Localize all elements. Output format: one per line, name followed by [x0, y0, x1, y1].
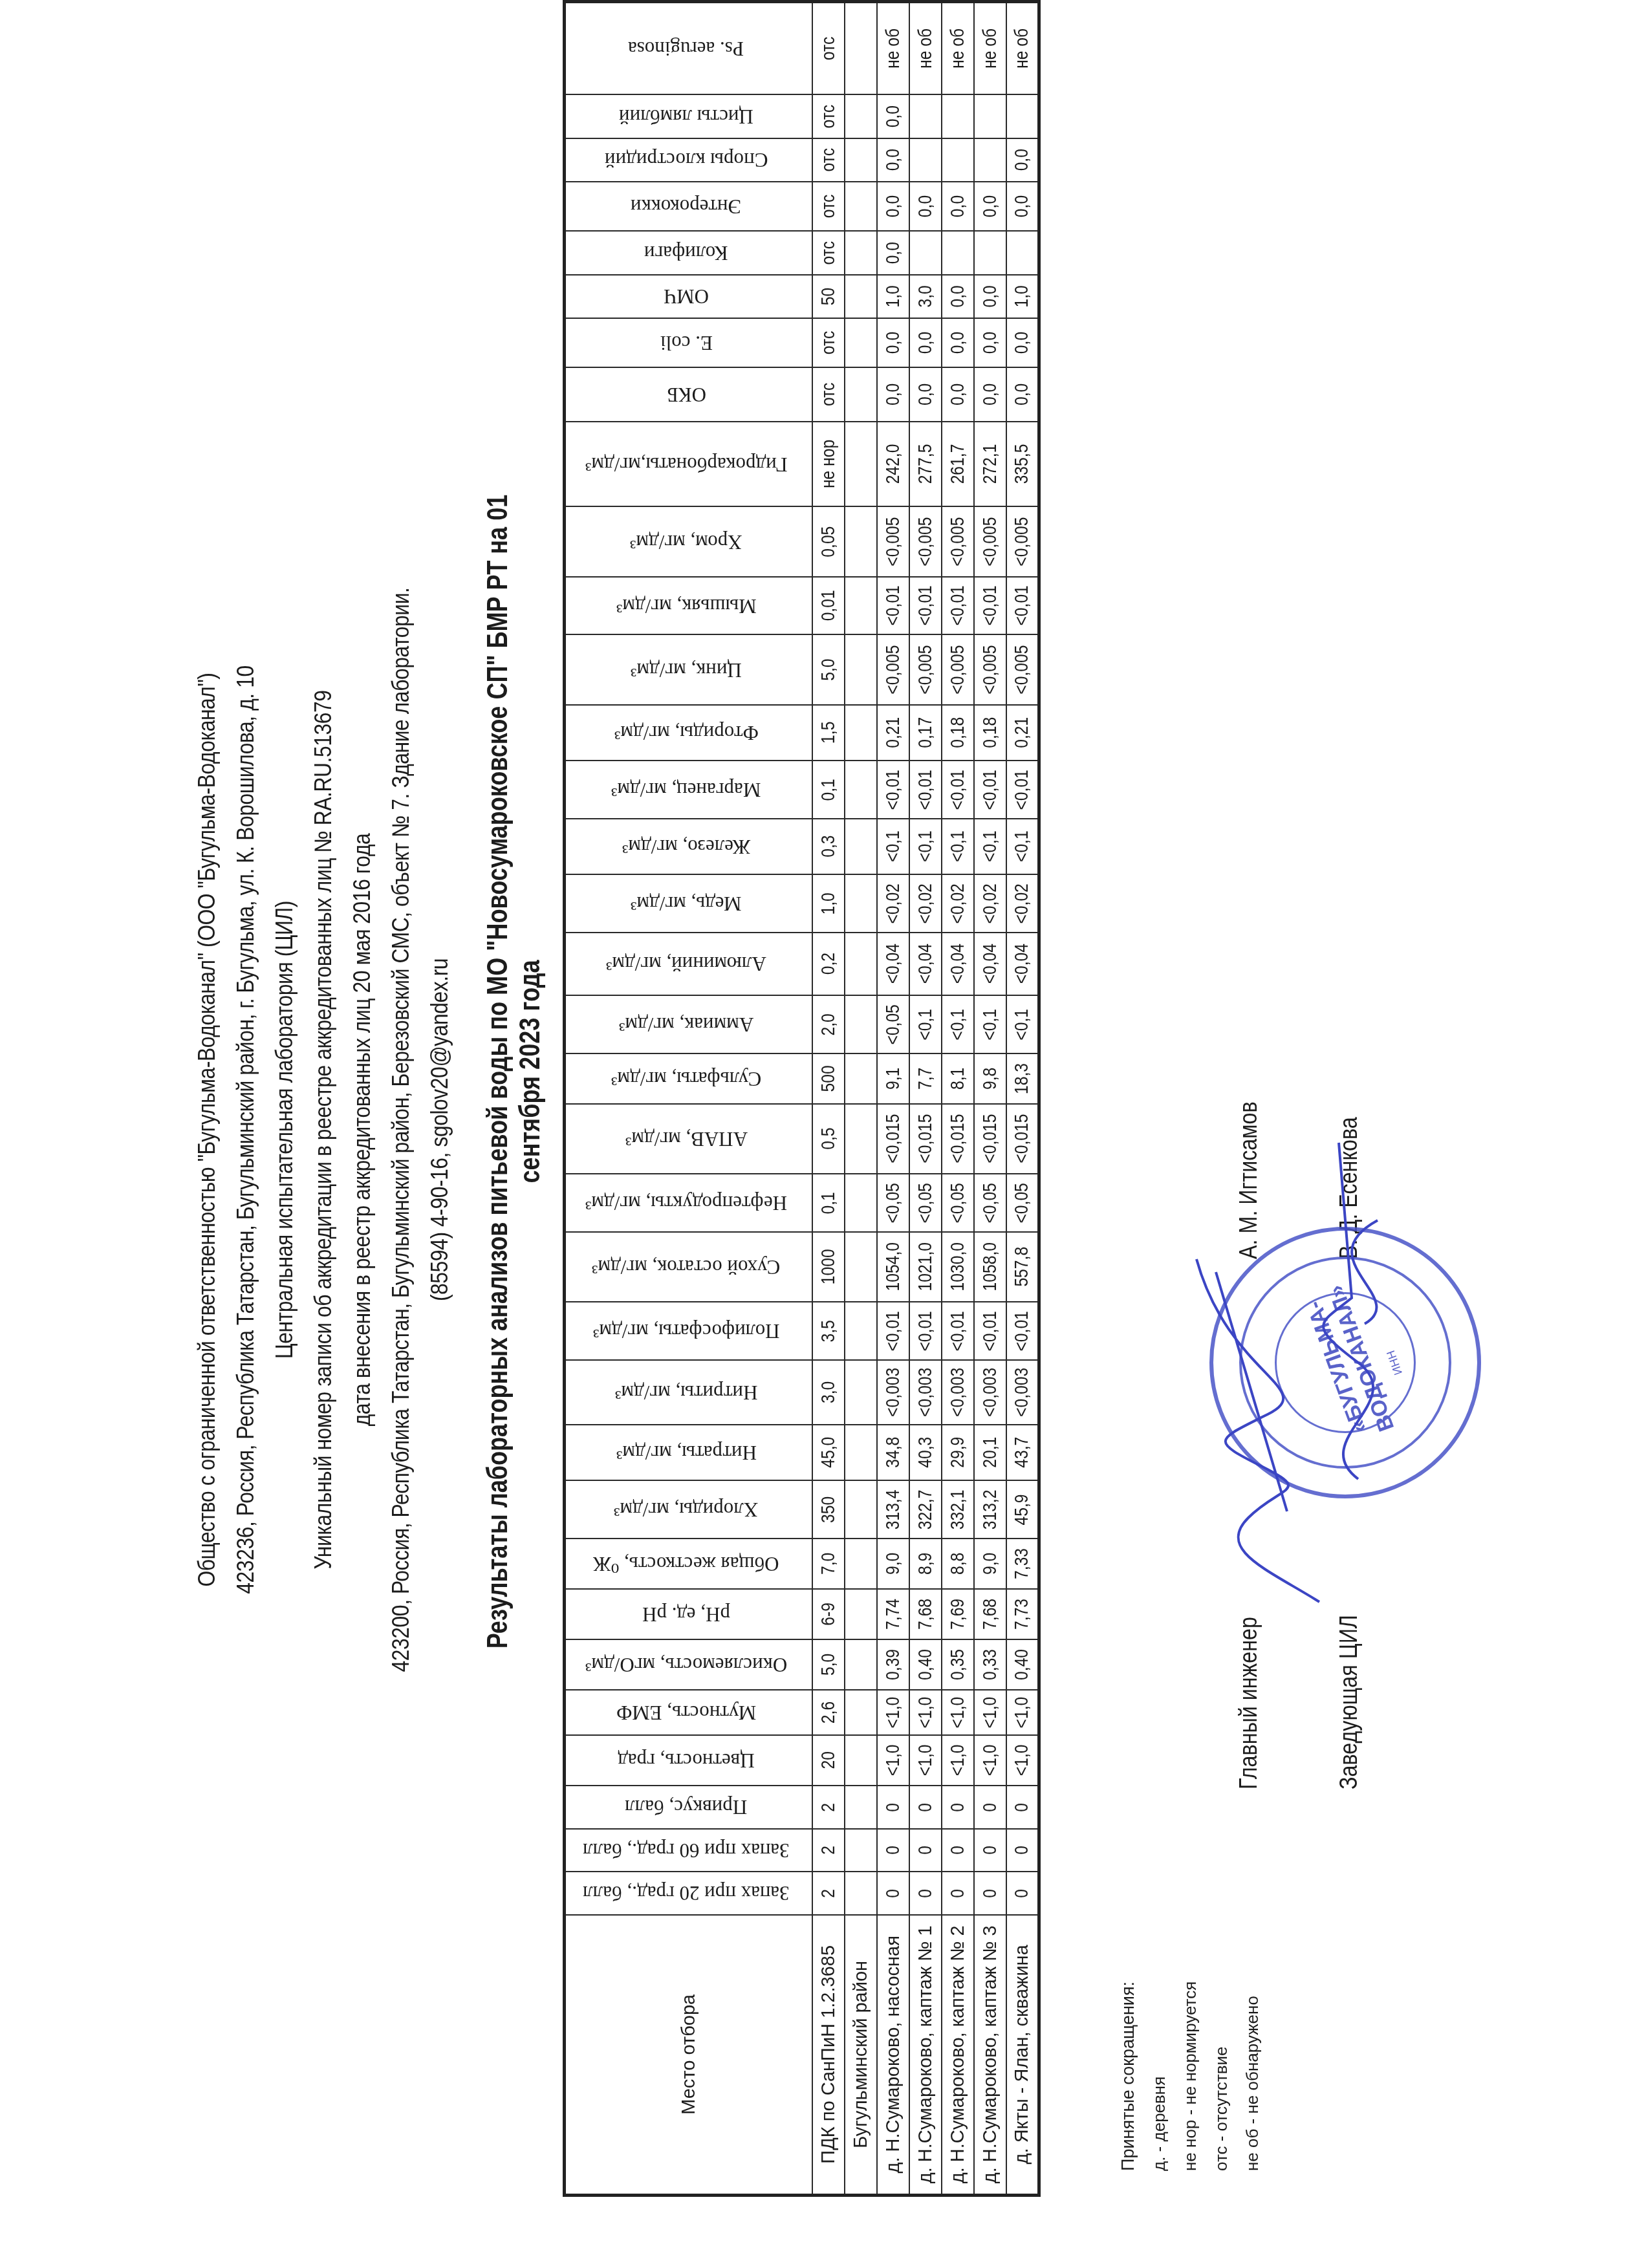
parameter-header-label: Алюминий, мг/дм³ — [606, 952, 766, 975]
value-cell: <0,1 — [909, 1000, 942, 1049]
value-cell: <0,003 — [877, 1365, 909, 1420]
parameter-header-label: Цисты лямблий — [619, 105, 753, 128]
table-row: д. Якты - Ялан, скважина000<1,0<1,00,407… — [1006, 2, 1039, 2196]
table-row: д. Н.Сумароково, каптаж № 2000<1,0<1,00,… — [942, 2, 974, 2196]
signature-role-lab-head: Заведующая ЦИЛ — [1336, 1615, 1363, 1789]
value-cell — [909, 142, 942, 178]
value-cell: 8,1 — [942, 1057, 974, 1099]
value-cell: <0,01 — [877, 1306, 909, 1355]
results-table: Место отбора Запах при 20 град., баллЗап… — [563, 0, 1041, 2197]
value-cell: <1,0 — [1006, 1693, 1039, 1731]
parameter-column-header: Запах при 20 град., балл — [565, 1872, 813, 1914]
value-cell: 272,1 — [974, 428, 1006, 500]
parameter-header-label: АПАВ, мг/дм³ — [625, 1127, 748, 1150]
value-cell: 2 — [812, 1832, 845, 1868]
place-column-header: Место отбора — [565, 1915, 813, 2196]
parameter-header-label: Полифосфаты, мг/дм³ — [593, 1319, 780, 1343]
value-cell — [845, 1000, 877, 1049]
parameter-header-label: Ps. aeruginosa — [628, 37, 744, 60]
value-cell: 1,0 — [1006, 278, 1039, 315]
value-cell: <0,04 — [877, 937, 909, 991]
sampling-place-cell: д. Якты - Ялан, скважина — [1006, 1915, 1039, 2196]
value-cell — [845, 640, 877, 699]
value-cell: <0,05 — [1006, 1178, 1039, 1227]
parameter-column-header: Цветность, град — [565, 1735, 813, 1786]
sampling-place-cell: д. Н.Сумароково, насосная — [877, 1915, 909, 2196]
value-cell: 1021,0 — [909, 1237, 942, 1297]
value-cell: 0,0 — [877, 186, 909, 228]
parameter-column-header: Нитраты, мг/дм³ — [565, 1425, 813, 1481]
parameter-header-label: Цветность, град — [618, 1749, 755, 1772]
value-cell: <0,005 — [877, 640, 909, 699]
value-cell: 0 — [974, 1789, 1006, 1825]
value-cell: не об — [942, 8, 974, 87]
value-cell: 0 — [942, 1832, 974, 1868]
value-cell — [845, 186, 877, 228]
sampling-place-cell: Бугульминский район — [845, 1915, 877, 2196]
value-cell: <0,04 — [909, 937, 942, 991]
value-cell — [845, 937, 877, 991]
sampling-place-cell: ПДК по СанПиН 1.2.3685 — [812, 1915, 845, 2196]
parameter-header-label: E. coli — [660, 331, 713, 354]
value-cell: 45,9 — [1006, 1485, 1039, 1534]
parameter-column-header: Цинк, мг/дм³ — [565, 634, 813, 705]
value-cell: 0,1 — [812, 765, 845, 814]
value-cell: 0,21 — [877, 709, 909, 757]
norm-row: ПДК по СанПиН 1.2.3685222202,65,06-97,03… — [812, 2, 845, 2196]
value-cell: <0,003 — [974, 1365, 1006, 1420]
value-cell: <0,01 — [909, 1306, 942, 1355]
value-cell: <1,0 — [974, 1693, 1006, 1731]
sampling-place-cell: д. Н.Сумароково, каптаж № 3 — [974, 1915, 1006, 2196]
value-cell: 0,0 — [909, 371, 942, 418]
value-cell: 50 — [812, 278, 845, 315]
value-cell — [845, 1109, 877, 1169]
value-cell: 7,0 — [812, 1542, 845, 1584]
parameter-column-header: Аммиак, мг/дм³ — [565, 995, 813, 1053]
value-cell: 1,0 — [877, 278, 909, 315]
parameter-column-header: Хром, мг/дм³ — [565, 506, 813, 577]
value-cell: 40,3 — [909, 1429, 942, 1476]
value-cell: <0,005 — [942, 640, 974, 699]
parameter-column-header: Мутность, ЕМФ — [565, 1690, 813, 1735]
parameter-column-header: Гидрокарбонаты,мг/дм³ — [565, 422, 813, 506]
note-item: не нор - не нормируется — [1175, 1982, 1206, 2171]
parameter-column-header: Нефтепродукты, мг/дм³ — [565, 1174, 813, 1231]
value-cell: 0,0 — [1006, 142, 1039, 178]
value-cell — [845, 322, 877, 364]
document-sheet: Общество с ограниченной ответственностью… — [0, 0, 1635, 2268]
value-cell: 7,73 — [1006, 1593, 1039, 1636]
organization-header: Общество с ограниченной ответственностью… — [188, 483, 459, 1777]
value-cell: <0,01 — [974, 1306, 1006, 1355]
parameter-header-label: Мышьяк, мг/дм³ — [616, 594, 757, 618]
parameter-header-label: Хром, мг/дм³ — [630, 530, 742, 554]
value-cell: <0,1 — [909, 823, 942, 870]
value-cell: 322,7 — [909, 1485, 942, 1534]
value-cell — [845, 1057, 877, 1099]
value-cell: 9,1 — [877, 1057, 909, 1099]
value-cell: <0,02 — [942, 879, 974, 928]
header-line-accreditation: Уникальный номер записи об аккредитации … — [304, 574, 343, 1686]
value-cell: 8,8 — [942, 1542, 974, 1584]
parameter-header-label: ОКБ — [667, 383, 706, 406]
parameter-header-label: Фториды, мг/дм³ — [614, 721, 759, 744]
value-cell: 9,8 — [974, 1057, 1006, 1099]
value-cell: <0,015 — [1006, 1109, 1039, 1169]
parameter-header-label: Запах при 20 град., балл — [583, 1881, 789, 1905]
value-cell: 0 — [1006, 1832, 1039, 1868]
sampling-place-cell: д. Н.Сумароково, каптаж № 1 — [909, 1915, 942, 2196]
value-cell — [1006, 98, 1039, 135]
parameter-header-label: Цинк, мг/дм³ — [631, 658, 742, 682]
value-cell: <1,0 — [974, 1739, 1006, 1782]
value-cell: 9,0 — [877, 1542, 909, 1584]
value-cell — [909, 234, 942, 271]
parameter-column-header: Запах при 60 град., балл — [565, 1829, 813, 1872]
value-cell: <0,01 — [942, 765, 974, 814]
value-cell: 332,1 — [942, 1485, 974, 1534]
value-cell — [845, 512, 877, 571]
value-cell: 557,8 — [1006, 1237, 1039, 1297]
value-cell: <0,003 — [942, 1365, 974, 1420]
value-cell: отс — [812, 186, 845, 228]
value-cell: не об — [877, 8, 909, 87]
value-cell: 0,0 — [974, 278, 1006, 315]
value-cell: <1,0 — [909, 1693, 942, 1731]
value-cell: <0,1 — [942, 823, 974, 870]
parameter-column-header: Сухой остаток, мг/дм³ — [565, 1232, 813, 1302]
value-cell: 0,01 — [812, 581, 845, 631]
parameter-column-header: Цисты лямблий — [565, 94, 813, 138]
value-cell: 0 — [942, 1875, 974, 1911]
value-cell: <0,01 — [909, 765, 942, 814]
value-cell: <0,01 — [974, 581, 1006, 631]
header-line-contacts: (85594) 4-90-16, sgolov20@yandex.ru — [420, 574, 459, 1686]
value-cell: 0,3 — [812, 823, 845, 870]
value-cell: <1,0 — [909, 1739, 942, 1782]
parameter-header-label: pH, ед. pH — [642, 1603, 730, 1626]
value-cell — [845, 8, 877, 87]
value-cell: 0,0 — [942, 278, 974, 315]
parameter-header-label: Нефтепродукты, мг/дм³ — [585, 1191, 787, 1215]
value-cell: 0,39 — [877, 1643, 909, 1686]
value-cell: 0,0 — [974, 371, 1006, 418]
value-cell: 0,0 — [1006, 322, 1039, 364]
value-cell: <0,01 — [1006, 581, 1039, 631]
value-cell: не об — [909, 8, 942, 87]
value-cell: 0 — [909, 1832, 942, 1868]
value-cell: <0,05 — [942, 1178, 974, 1227]
value-cell: <0,005 — [909, 512, 942, 571]
value-cell: 0,0 — [1006, 186, 1039, 228]
value-cell — [845, 1739, 877, 1782]
notes-title: Принятые сокращения: — [1112, 1982, 1143, 2171]
parameter-column-header: Марганец, мг/дм³ — [565, 761, 813, 818]
parameter-header-label: Сухой остаток, мг/дм³ — [592, 1255, 780, 1279]
value-cell: 0,0 — [1006, 371, 1039, 418]
table-row: д. Н.Сумароково, насосная000<1,0<1,00,39… — [877, 2, 909, 2196]
value-cell: 3,5 — [812, 1306, 845, 1355]
value-cell — [845, 823, 877, 870]
value-cell: 29,9 — [942, 1429, 974, 1476]
value-cell: <0,02 — [877, 879, 909, 928]
header-line-lab-address: 423200, Россия, Республика Татарстан, Бу… — [382, 574, 420, 1686]
parameter-header-label: Хлориды, мг/дм³ — [614, 1498, 758, 1521]
parameter-column-header: Алюминий, мг/дм³ — [565, 933, 813, 996]
value-cell — [845, 1429, 877, 1476]
value-cell — [845, 428, 877, 500]
value-cell: 34,8 — [877, 1429, 909, 1476]
value-cell: 2 — [812, 1875, 845, 1911]
value-cell: 5,0 — [812, 640, 845, 699]
value-cell: <0,015 — [974, 1109, 1006, 1169]
value-cell: 0,0 — [942, 371, 974, 418]
value-cell: <1,0 — [1006, 1739, 1039, 1782]
value-cell: 3,0 — [812, 1365, 845, 1420]
parameter-column-header: Полифосфаты, мг/дм³ — [565, 1302, 813, 1359]
value-cell — [974, 142, 1006, 178]
value-cell: 313,2 — [974, 1485, 1006, 1534]
value-cell: 0 — [909, 1789, 942, 1825]
value-cell — [845, 142, 877, 178]
value-cell: <0,015 — [877, 1109, 909, 1169]
table-header-row: Место отбора Запах при 20 град., баллЗап… — [565, 2, 813, 2196]
parameter-header-label: Окисляемость, мгО/дм³ — [585, 1653, 787, 1676]
value-cell: 242,0 — [877, 428, 909, 500]
value-cell: <0,01 — [909, 581, 942, 631]
value-cell — [845, 1237, 877, 1297]
value-cell: 500 — [812, 1057, 845, 1099]
value-cell: <0,003 — [1006, 1365, 1039, 1420]
parameter-column-header: Фториды, мг/дм³ — [565, 705, 813, 761]
value-cell: 0,17 — [909, 709, 942, 757]
value-cell — [845, 1593, 877, 1636]
value-cell: <0,1 — [877, 823, 909, 870]
parameter-column-header: Железо, мг/дм³ — [565, 819, 813, 875]
value-cell: 18,3 — [1006, 1057, 1039, 1099]
value-cell — [845, 371, 877, 418]
value-cell: не об — [974, 8, 1006, 87]
value-cell: 0,40 — [909, 1643, 942, 1686]
value-cell: 1,0 — [812, 879, 845, 928]
table-row: д. Н.Сумароково, каптаж № 3000<1,0<1,00,… — [974, 2, 1006, 2196]
value-cell: 7,7 — [909, 1057, 942, 1099]
parameter-header-label: Колифаги — [644, 241, 728, 265]
parameter-header-label: Энтерококки — [631, 195, 741, 218]
value-cell: 0,0 — [974, 322, 1006, 364]
value-cell — [942, 142, 974, 178]
value-cell — [845, 278, 877, 315]
parameter-column-header: Общая жесткость, ⁰Ж — [565, 1539, 813, 1589]
signature-scribble-lab-head — [1281, 1130, 1423, 1492]
value-cell — [909, 98, 942, 135]
value-cell: 0,0 — [909, 322, 942, 364]
value-cell: <0,1 — [1006, 823, 1039, 870]
value-cell: <0,05 — [877, 1000, 909, 1049]
parameter-column-header: Нитриты, мг/дм³ — [565, 1360, 813, 1425]
value-cell: 350 — [812, 1485, 845, 1534]
value-cell: <0,1 — [974, 823, 1006, 870]
value-cell: 313,4 — [877, 1485, 909, 1534]
parameter-header-label: Медь, мг/дм³ — [631, 892, 742, 915]
parameter-header-label: Нитраты, мг/дм³ — [616, 1441, 757, 1464]
value-cell: 7,68 — [974, 1593, 1006, 1636]
parameter-column-header: Сульфаты, мг/дм³ — [565, 1053, 813, 1104]
report-title: Результаты лабораторных анализов питьево… — [482, 493, 547, 1650]
value-cell: 0,1 — [812, 1178, 845, 1227]
value-cell: 1054,0 — [877, 1237, 909, 1297]
parameter-header-label: Гидрокарбонаты,мг/дм³ — [585, 453, 788, 476]
value-cell: 0,40 — [1006, 1643, 1039, 1686]
value-cell: <0,02 — [909, 879, 942, 928]
value-cell: 7,74 — [877, 1593, 909, 1636]
value-cell: <0,01 — [1006, 1306, 1039, 1355]
value-cell: 1030,0 — [942, 1237, 974, 1297]
parameter-column-header: Споры клостридий — [565, 138, 813, 182]
value-cell — [845, 1693, 877, 1731]
value-cell: 0,21 — [1006, 709, 1039, 757]
value-cell: <0,015 — [942, 1109, 974, 1169]
value-cell: <0,05 — [877, 1178, 909, 1227]
value-cell: <0,1 — [942, 1000, 974, 1049]
parameter-header-label: Нитриты, мг/дм³ — [615, 1381, 758, 1404]
value-cell: 20,1 — [974, 1429, 1006, 1476]
value-cell: 0,18 — [942, 709, 974, 757]
value-cell — [845, 879, 877, 928]
value-cell: 0,0 — [877, 322, 909, 364]
sampling-place-cell: д. Н.Сумароково, каптаж № 2 — [942, 1915, 974, 2196]
value-cell: 0 — [877, 1875, 909, 1911]
value-cell: 0 — [974, 1875, 1006, 1911]
value-cell — [845, 1306, 877, 1355]
value-cell: 9,0 — [974, 1542, 1006, 1584]
value-cell — [974, 234, 1006, 271]
value-cell: 0 — [877, 1832, 909, 1868]
value-cell: 0,0 — [877, 371, 909, 418]
value-cell: 1058,0 — [974, 1237, 1006, 1297]
value-cell: не нор — [812, 428, 845, 500]
header-line-org: Общество с ограниченной ответственностью… — [188, 574, 226, 1686]
parameter-column-header: Окисляемость, мгО/дм³ — [565, 1639, 813, 1690]
value-cell: отс — [812, 142, 845, 178]
value-cell: отс — [812, 322, 845, 364]
value-cell — [845, 1542, 877, 1584]
value-cell: <1,0 — [942, 1739, 974, 1782]
value-cell: 0,0 — [877, 142, 909, 178]
table-row: д. Н.Сумароково, каптаж № 1000<1,0<1,00,… — [909, 2, 942, 2196]
value-cell: <1,0 — [877, 1739, 909, 1782]
value-cell: 5,0 — [812, 1643, 845, 1686]
value-cell: <1,0 — [877, 1693, 909, 1731]
value-cell — [974, 98, 1006, 135]
note-item: отс - отсутствие — [1206, 1982, 1237, 2171]
value-cell: 7,68 — [909, 1593, 942, 1636]
value-cell: <0,01 — [1006, 765, 1039, 814]
value-cell — [845, 1485, 877, 1534]
parameter-header-label: ОМЧ — [664, 285, 709, 308]
value-cell: <0,005 — [974, 640, 1006, 699]
parameter-header-label: Запах при 60 град., балл — [583, 1839, 789, 1862]
value-cell: 20 — [812, 1739, 845, 1782]
value-cell: 0 — [1006, 1789, 1039, 1825]
value-cell: <0,005 — [1006, 640, 1039, 699]
value-cell: 43,7 — [1006, 1429, 1039, 1476]
value-cell — [942, 234, 974, 271]
value-cell — [845, 1643, 877, 1686]
value-cell: <0,01 — [974, 765, 1006, 814]
value-cell: 0,0 — [942, 186, 974, 228]
value-cell — [845, 234, 877, 271]
value-cell: <0,04 — [974, 937, 1006, 991]
value-cell: <0,005 — [974, 512, 1006, 571]
value-cell: 3,0 — [909, 278, 942, 315]
value-cell: 0,05 — [812, 512, 845, 571]
value-cell: 0,2 — [812, 937, 845, 991]
abbreviations-notes: Принятые сокращения: д. - деревня не нор… — [1112, 1982, 1268, 2171]
value-cell — [845, 765, 877, 814]
parameter-column-header: E. coli — [565, 318, 813, 367]
value-cell: <0,005 — [942, 512, 974, 571]
value-cell: 0,33 — [974, 1643, 1006, 1686]
parameter-header-label: Привкус, балл — [625, 1795, 747, 1819]
value-cell: 0,0 — [877, 98, 909, 135]
value-cell: <0,1 — [1006, 1000, 1039, 1049]
value-cell: 261,7 — [942, 428, 974, 500]
signature-role-chief-engineer: Главный инженер — [1235, 1617, 1263, 1789]
value-cell: <0,02 — [1006, 879, 1039, 928]
value-cell: отс — [812, 98, 845, 135]
parameter-header-label: Споры клостридий — [605, 148, 768, 171]
value-cell: <0,005 — [1006, 512, 1039, 571]
value-cell: 0,0 — [942, 322, 974, 364]
parameter-header-label: Аммиак, мг/дм³ — [619, 1013, 753, 1036]
value-cell: 2 — [812, 1789, 845, 1825]
value-cell — [1006, 234, 1039, 271]
value-cell — [845, 1365, 877, 1420]
value-cell: 45,0 — [812, 1429, 845, 1476]
value-cell: 0,0 — [877, 234, 909, 271]
parameter-header-label: Марганец, мг/дм³ — [611, 778, 761, 801]
value-cell: <0,01 — [942, 1306, 974, 1355]
parameter-column-header: ОКБ — [565, 367, 813, 422]
parameter-column-header: Колифаги — [565, 231, 813, 275]
value-cell: 0 — [974, 1832, 1006, 1868]
value-cell: 0 — [942, 1789, 974, 1825]
parameter-header-label: Железо, мг/дм³ — [622, 835, 750, 858]
value-cell: <0,01 — [942, 581, 974, 631]
value-cell: не об — [1006, 8, 1039, 87]
value-cell: 277,5 — [909, 428, 942, 500]
value-cell: 8,9 — [909, 1542, 942, 1584]
value-cell: отс — [812, 371, 845, 418]
parameter-column-header: Энтерококки — [565, 182, 813, 231]
value-cell: 0 — [877, 1789, 909, 1825]
parameter-column-header: АПАВ, мг/дм³ — [565, 1104, 813, 1174]
value-cell: 1,5 — [812, 709, 845, 757]
header-line-accreditation-date: дата внесения в реестр аккредитованных л… — [343, 574, 382, 1686]
value-cell — [942, 98, 974, 135]
parameter-column-header: Хлориды, мг/дм³ — [565, 1480, 813, 1538]
value-cell: 0,18 — [974, 709, 1006, 757]
value-cell: 6-9 — [812, 1593, 845, 1636]
value-cell: <0,005 — [909, 640, 942, 699]
value-cell: <0,01 — [877, 581, 909, 631]
value-cell: 0 — [909, 1875, 942, 1911]
note-item: не об - не обнаружено — [1237, 1982, 1268, 2171]
value-cell: 7,33 — [1006, 1542, 1039, 1584]
parameter-header-label: Мутность, ЕМФ — [616, 1701, 756, 1724]
